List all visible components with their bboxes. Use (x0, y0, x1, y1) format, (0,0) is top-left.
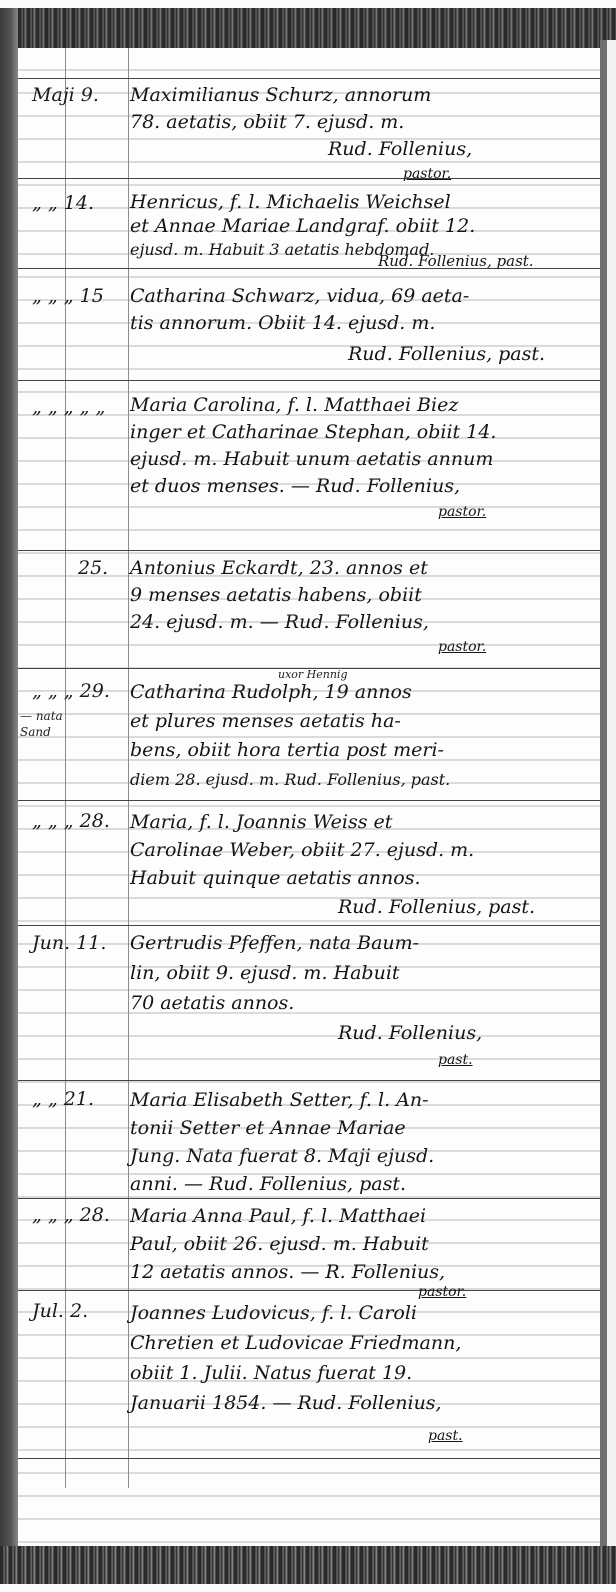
entry-line: anni. — Rud. Follenius, past. (130, 1170, 590, 1198)
entry-text: Catharina Schwarz, vidua, 69 aeta- tis a… (130, 283, 590, 337)
scanned-register-page: Maji 9. Maximilianus Schurz, annorum 78.… (0, 0, 616, 1592)
entry-date: Jun. 11. (32, 932, 106, 954)
entry-line: obiit 1. Julii. Natus fuerat 19. (130, 1358, 590, 1388)
pastor-signature: Rud. Follenius, past. (348, 343, 545, 365)
entry-text: Catharina Rudolph, 19 annos et plures me… (130, 678, 590, 794)
entry-line: Jung. Nata fuerat 8. Maji ejusd. (130, 1142, 590, 1170)
row-rule (18, 1080, 600, 1081)
entry-line: Carolinae Weber, obiit 27. ejusd. m. (130, 836, 590, 864)
row-rule (18, 800, 600, 801)
pastor-title: past. (428, 1428, 463, 1444)
row-rule (18, 925, 600, 926)
entry-line: Catharina Rudolph, 19 annos (130, 678, 590, 707)
entry-line: Paul, obiit 26. ejusd. m. Habuit (130, 1230, 590, 1258)
entry-line: Chretien et Ludovicae Friedmann, (130, 1328, 590, 1358)
scan-right-border (600, 40, 607, 1546)
entry-text: Maria Carolina, f. l. Matthaei Biez inge… (130, 392, 590, 500)
entry-text: Gertrudis Pfeffen, nata Baum- lin, obiit… (130, 928, 590, 1018)
entry-line: 70 aetatis annos. (130, 988, 590, 1018)
entry-date: „ „ „ 15 (32, 285, 104, 307)
entry-date: Jul. 2. (32, 1300, 88, 1322)
entry-line: 9 menses aetatis habens, obiit (130, 582, 590, 609)
entry-line: lin, obiit 9. ejusd. m. Habuit (130, 958, 590, 988)
row-rule (18, 1458, 600, 1459)
entry-line: 24. ejusd. m. — Rud. Follenius, (130, 609, 590, 636)
entry-line: et Annae Mariae Landgraf. obiit 12. (130, 214, 590, 238)
margin-note-line: Sand (20, 724, 63, 740)
row-rule (18, 380, 600, 381)
entry-text: Antonius Eckardt, 23. annos et 9 menses … (130, 555, 590, 636)
margin-note: — nata Sand (20, 708, 63, 740)
entry-line: 78. aetatis, obiit 7. ejusd. m. (130, 109, 590, 136)
entry-line: tis annorum. Obiit 14. ejusd. m. (130, 310, 590, 337)
entry-line: Antonius Eckardt, 23. annos et (130, 555, 590, 582)
pastor-title: pastor. (403, 166, 451, 182)
entry-line: Maria Anna Paul, f. l. Matthaei (130, 1202, 590, 1230)
row-rule (18, 550, 600, 551)
entry-line: Maria, f. l. Joannis Weiss et (130, 808, 590, 836)
column-divider-day (128, 48, 129, 1488)
entry-line: Maria Elisabeth Setter, f. l. An- (130, 1086, 590, 1114)
margin-note-line: — nata (20, 708, 63, 724)
pastor-title: pastor. (438, 639, 486, 655)
entry-line: diem 28. ejusd. m. Rud. Follenius, past. (130, 765, 590, 794)
row-rule (18, 78, 600, 79)
entry-date: „ „ 21. (32, 1088, 94, 1110)
entry-line: Maximilianus Schurz, annorum (130, 82, 590, 109)
row-rule (18, 1198, 600, 1199)
entry-line: Habuit quinque aetatis annos. (130, 864, 590, 892)
entry-line: et duos menses. — Rud. Follenius, (130, 473, 590, 500)
entry-line: et plures menses aetatis ha- (130, 707, 590, 736)
entry-text: Maria, f. l. Joannis Weiss et Carolinae … (130, 808, 590, 892)
entry-line: tonii Setter et Annae Mariae (130, 1114, 590, 1142)
row-rule (18, 178, 600, 179)
pastor-signature: Rud. Follenius, (338, 1022, 482, 1044)
entry-text: Maximilianus Schurz, annorum 78. aetatis… (130, 82, 590, 136)
entry-date: „ „ „ „ „ (32, 396, 105, 418)
pastor-signature: Rud. Follenius, past. (338, 896, 535, 918)
entry-date: „ „ 14. (32, 192, 94, 214)
entry-text: Maria Elisabeth Setter, f. l. An- tonii … (130, 1086, 590, 1198)
pastor-signature: Rud. Follenius, past. (378, 252, 534, 270)
entry-line: Joannes Ludovicus, f. l. Caroli (130, 1298, 590, 1328)
entry-line: 12 aetatis annos. — R. Follenius, (130, 1258, 590, 1286)
entry-date: „ „ „ 29. (32, 680, 110, 702)
entry-date: „ „ „ 28. (32, 810, 110, 832)
entry-line: inger et Catharinae Stephan, obiit 14. (130, 419, 590, 446)
pastor-title: pastor. (438, 504, 486, 520)
scan-left-border (0, 8, 18, 1584)
entry-line: Henricus, f. l. Michaelis Weichsel (130, 190, 590, 214)
row-rule (18, 1290, 600, 1291)
entry-date: „ „ „ 28. (32, 1204, 110, 1226)
pastor-signature: Rud. Follenius, (328, 138, 472, 160)
pastor-title: past. (438, 1052, 473, 1068)
entry-text: Joannes Ludovicus, f. l. Caroli Chretien… (130, 1298, 590, 1418)
entry-line: ejusd. m. Habuit unum aetatis annum (130, 446, 590, 473)
entry-line: bens, obiit hora tertia post meri- (130, 736, 590, 765)
entry-line: Catharina Schwarz, vidua, 69 aeta- (130, 283, 590, 310)
entry-text: Maria Anna Paul, f. l. Matthaei Paul, ob… (130, 1202, 590, 1286)
entry-line: Maria Carolina, f. l. Matthaei Biez (130, 392, 590, 419)
entry-date: 25. (78, 557, 108, 579)
adjacent-page-edge (607, 40, 616, 1546)
column-divider-month (65, 48, 66, 1488)
entry-line: Januarii 1854. — Rud. Follenius, (130, 1388, 590, 1418)
scan-bottom-border (0, 1546, 616, 1584)
entry-date: Maji 9. (32, 84, 99, 106)
scan-top-border (0, 8, 616, 48)
entry-line: Gertrudis Pfeffen, nata Baum- (130, 928, 590, 958)
